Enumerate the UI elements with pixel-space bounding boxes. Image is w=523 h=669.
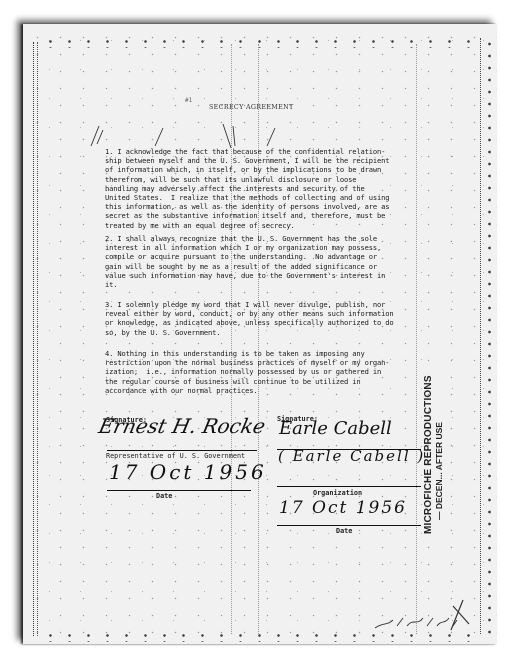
page-mark: #1 bbox=[185, 96, 192, 105]
microfiche-stamp: MICROFICHE REPRODUCTIONS — DECEN... AFTE… bbox=[423, 375, 445, 534]
stamp-line-2: — DECEN... AFTER USE bbox=[434, 375, 445, 534]
signature-line bbox=[107, 450, 257, 451]
date-caption: Date bbox=[336, 527, 352, 536]
printed-name: ( Earle Cabell ) bbox=[278, 452, 425, 461]
organization-caption: Organization bbox=[313, 489, 362, 498]
scanned-document-page: #1 SECRECY AGREEMENT 1. I acknowledge th… bbox=[23, 24, 497, 644]
document-title: SECRECY AGREEMENT bbox=[209, 103, 294, 112]
date-line bbox=[107, 490, 251, 491]
footer-handwriting bbox=[373, 592, 483, 632]
government-signature: Ernest H. Rocke bbox=[98, 422, 266, 431]
date-line bbox=[277, 525, 421, 526]
paragraph-4: 4. Nothing in this understanding is to b… bbox=[105, 349, 435, 395]
document-body: #1 SECRECY AGREEMENT 1. I acknowledge th… bbox=[23, 24, 497, 644]
handwriting-marks bbox=[83, 120, 303, 150]
stamp-line-1: MICROFICHE REPRODUCTIONS bbox=[423, 375, 434, 534]
paragraph-3: 3. I solemnly pledge my word that I will… bbox=[105, 300, 435, 337]
paragraph-1: 1. I acknowledge the fact that because o… bbox=[105, 147, 435, 230]
paragraph-2: 2. I shall always recognize that the U. … bbox=[105, 234, 435, 289]
contractor-date: 17 Oct 1956 bbox=[279, 504, 407, 513]
date-caption: Date bbox=[156, 492, 172, 501]
contractor-signature: Earle Cabell bbox=[279, 424, 392, 433]
government-date: 17 Oct 1956 bbox=[109, 468, 267, 477]
organization-line bbox=[277, 486, 421, 487]
